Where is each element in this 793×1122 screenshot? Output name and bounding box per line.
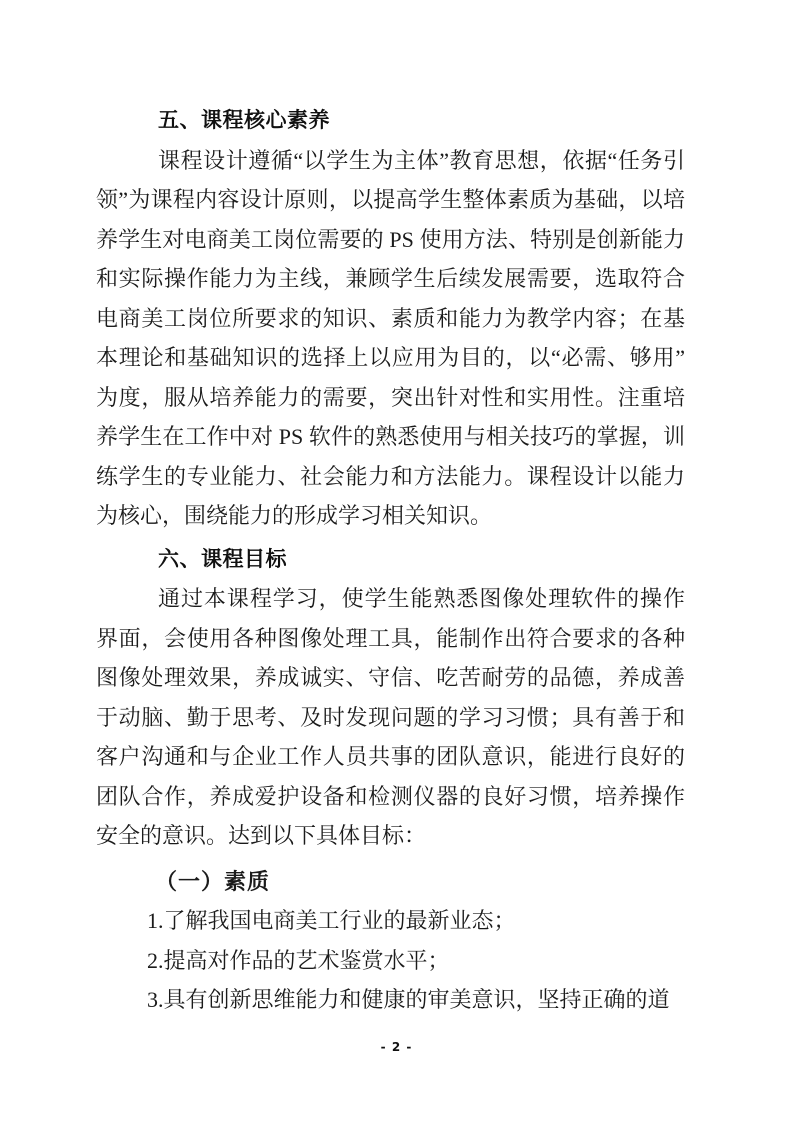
section-six-paragraph: 通过本课程学习，使学生能熟悉图像处理软件的操作界面，会使用各种图像处理工具，能制…: [96, 579, 685, 856]
section-heading-five: 五、课程核心素养: [96, 101, 685, 141]
list-item-2: 2.提高对作品的艺术鉴赏水平；: [96, 941, 685, 981]
list-item-3: 3.具有创新思维能力和健康的审美意识，坚持正确的道: [96, 980, 685, 1020]
section-heading-six: 六、课程目标: [96, 540, 685, 580]
page-footer: - 2 -: [0, 1038, 793, 1056]
document-content: 五、课程核心素养 课程设计遵循“以学生为主体”教育思想，依据“任务引领”为课程内…: [96, 101, 685, 1020]
list-item-1: 1.了解我国电商美工行业的最新业态；: [96, 901, 685, 941]
page-number: - 2 -: [381, 1040, 413, 1054]
document-page: 五、课程核心素养 课程设计遵循“以学生为主体”教育思想，依据“任务引领”为课程内…: [0, 0, 793, 1122]
subsection-heading-quality: （一）素质: [96, 862, 685, 902]
section-five-paragraph: 课程设计遵循“以学生为主体”教育思想，依据“任务引领”为课程内容设计原则，以提高…: [96, 141, 685, 536]
